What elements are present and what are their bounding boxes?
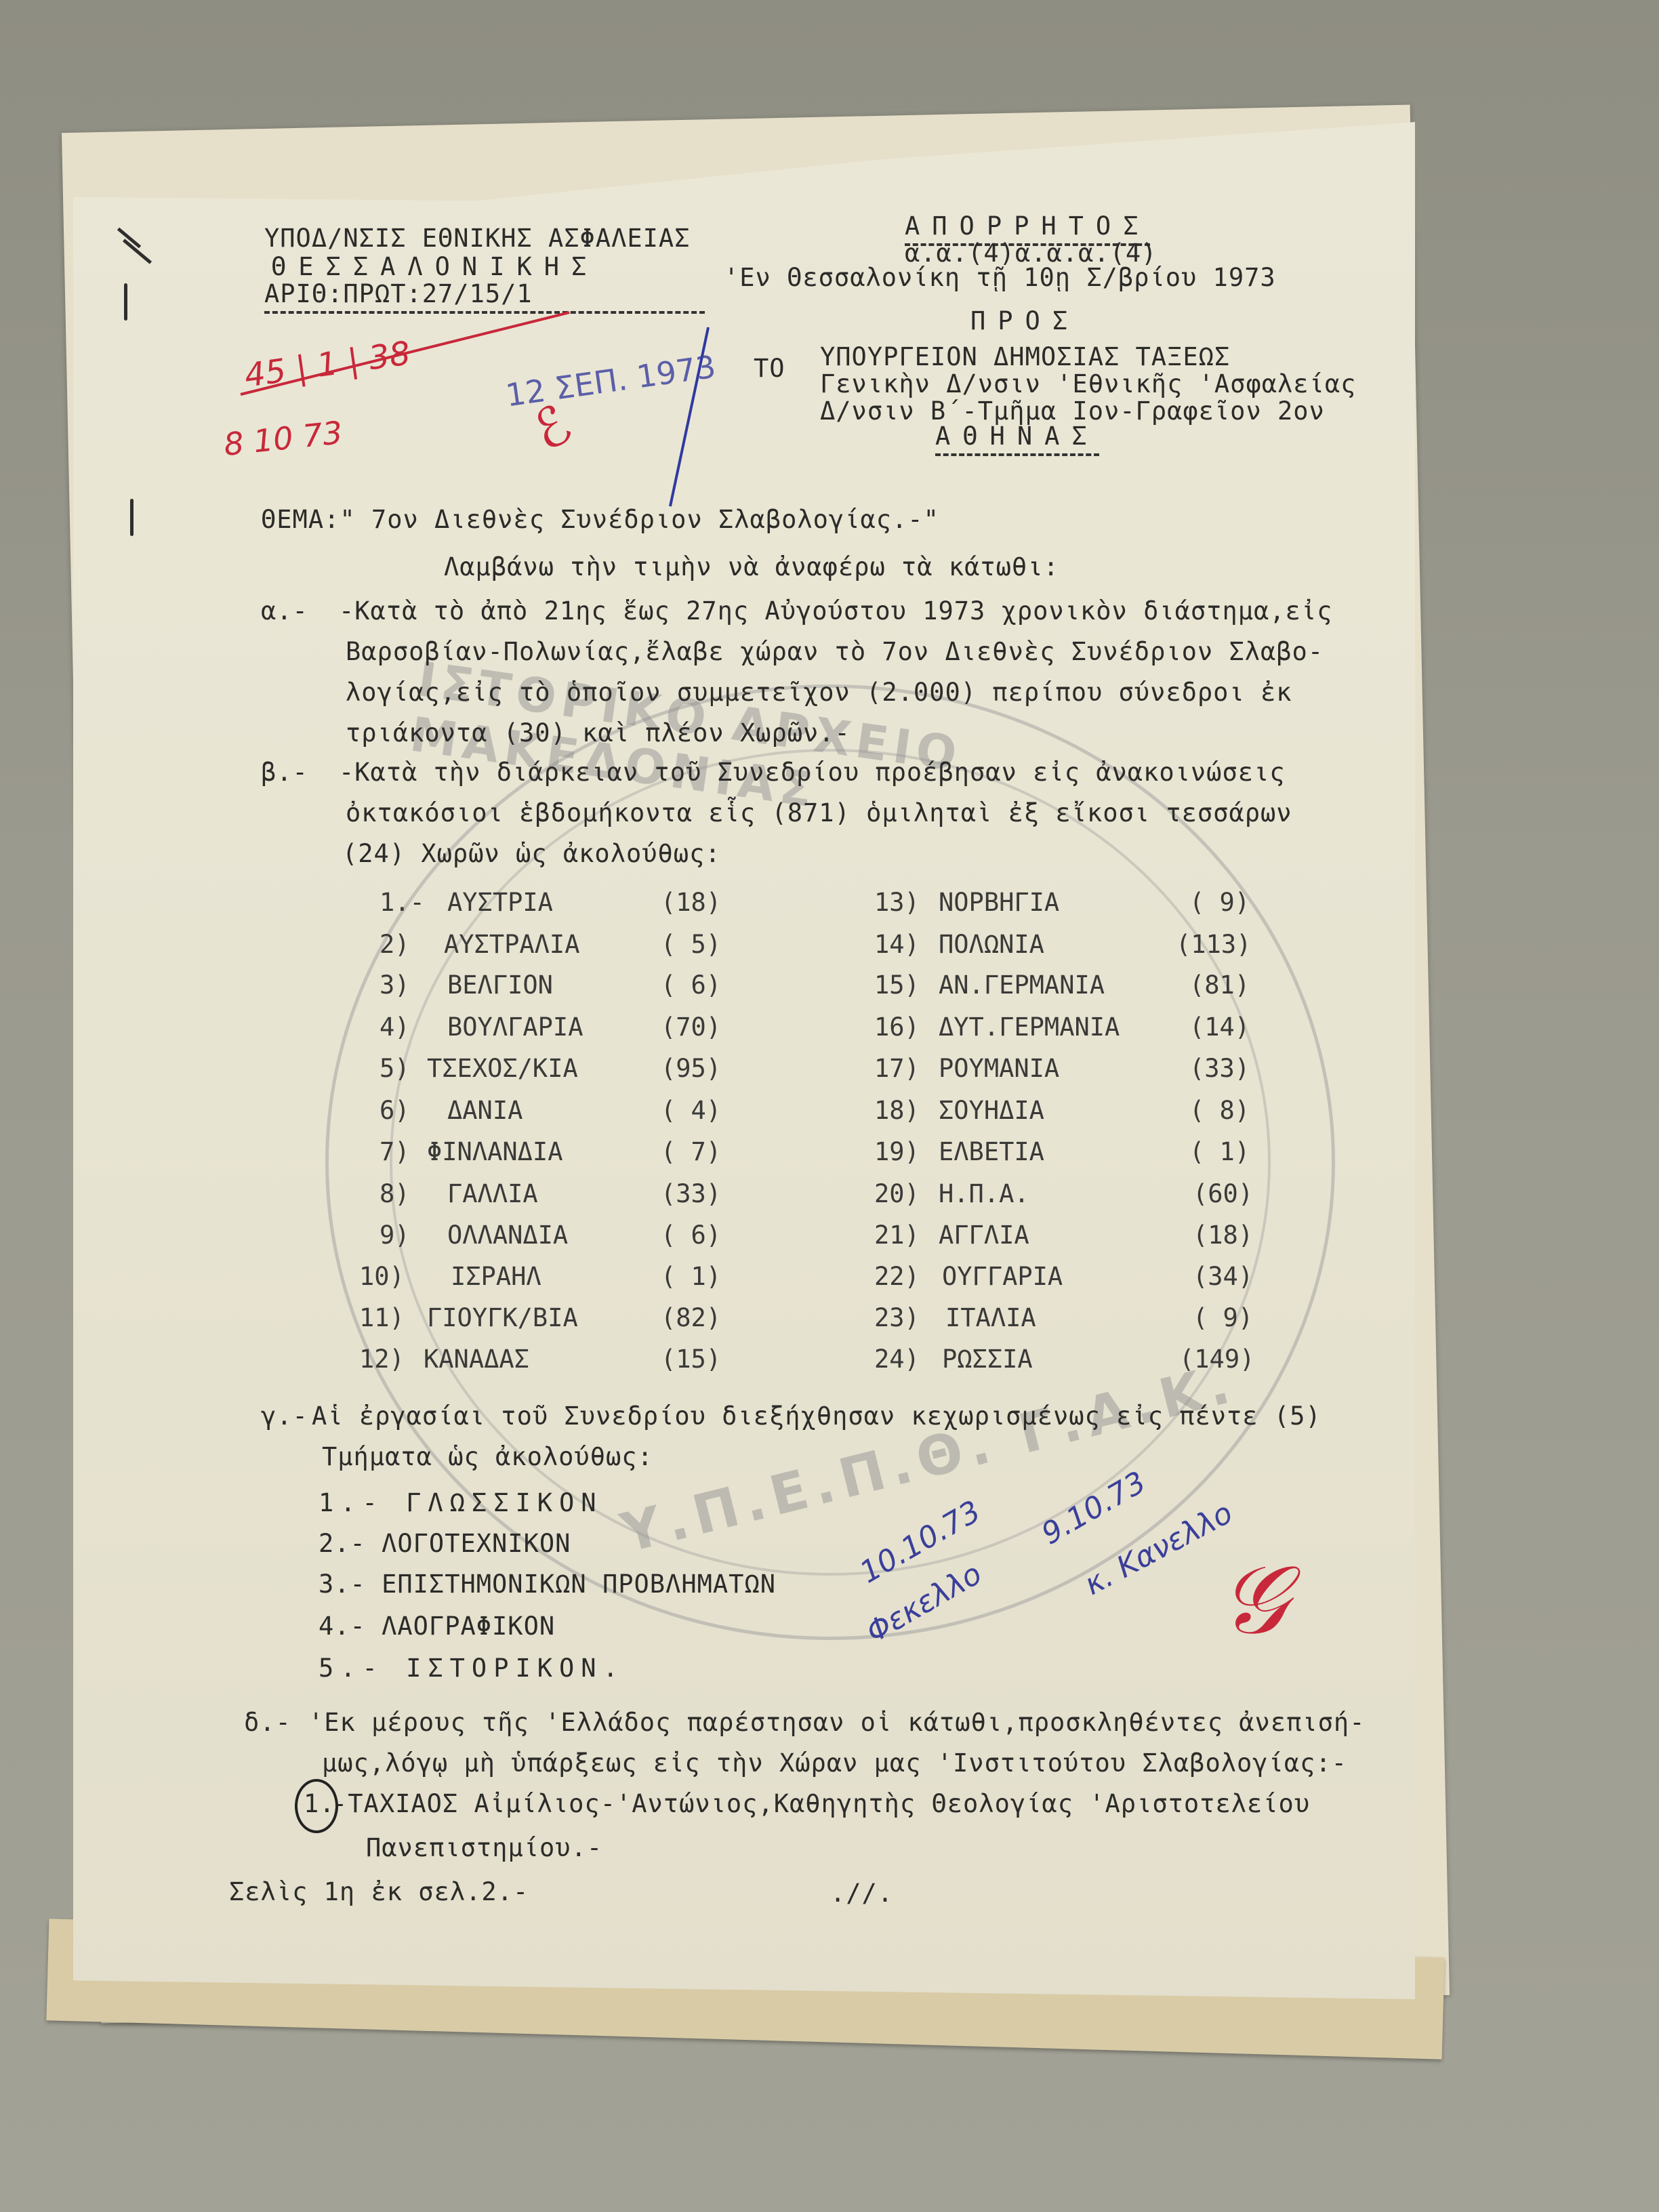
country-name: ΓΙΟΥΓΚ/ΒΙΑ	[427, 1303, 578, 1332]
participant-line: Πανεπιστημίου.-	[366, 1833, 602, 1862]
paragraph-a-line: λογίας,εἰς τὸ ὁποῖον συμμετεῖχον (2.000)…	[346, 678, 1292, 707]
country-name: ΝΟΡΒΗΓΙΑ	[939, 888, 1059, 917]
country-name: Η.Π.Α.	[939, 1179, 1029, 1208]
recipient-city: ΑΘΗΝΑΣ	[935, 422, 1099, 456]
participant-line: -ΤΑΧΙΑΟΣ Αἰμίλιος-'Αντώνιος,Καθηγητὴς Θε…	[332, 1789, 1310, 1818]
country-row: 24)	[874, 1345, 920, 1374]
issuing-authority: ΥΠΟΔ/ΝΣΙΣ ΕΘΝΙΚΗΣ ΑΣΦΑΛΕΙΑΣ	[264, 224, 690, 253]
participant-number: 1.	[304, 1789, 335, 1818]
paragraph-c-marker: γ.-	[261, 1401, 308, 1431]
country-row: 19)	[874, 1137, 920, 1166]
country-name: ΑΝ.ΓΕΡΜΑΝΙΑ	[939, 970, 1105, 1000]
country-row: 4)	[380, 1012, 410, 1042]
country-name: ΔΑΝΙΑ	[447, 1096, 523, 1125]
country-name: ΑΓΓΛΙΑ	[939, 1221, 1029, 1250]
country-count: (113)	[1176, 930, 1251, 959]
country-row: 9)	[380, 1221, 410, 1250]
country-row: 20)	[874, 1179, 920, 1208]
country-name: ΦΙΝΛΑΝΔΙΑ	[427, 1137, 562, 1166]
country-row: 10)	[359, 1262, 405, 1291]
country-count: (18)	[661, 888, 721, 917]
country-row: 7)	[380, 1137, 410, 1166]
country-row: 3)	[380, 970, 410, 1000]
country-row: 1.-	[380, 888, 425, 917]
country-name: ΑΥΣΤΡΑΛΙΑ	[444, 930, 579, 959]
country-count: ( 1)	[1189, 1137, 1250, 1166]
country-row: 13)	[874, 888, 920, 917]
paragraph-b-marker: β.-	[261, 758, 308, 787]
country-row: 15)	[874, 970, 920, 1000]
page-end-mark: .//.	[830, 1879, 893, 1908]
section-item: 1.- ΓΛΩΣΣΙΚΟΝ	[319, 1488, 603, 1517]
to-label: ΤΟ	[754, 354, 785, 383]
country-name: ΑΥΣΤΡΙΑ	[447, 888, 553, 917]
pros-label: ΠΡΟΣ	[970, 306, 1080, 335]
country-name: ΙΤΑΛΙΑ	[945, 1303, 1036, 1332]
recipient-directorate: Γενικὴν Δ/νσιν 'Εθνικῆς 'Ασφαλείας	[820, 369, 1356, 398]
country-row: 12)	[359, 1345, 405, 1374]
country-name: ΔΥΤ.ΓΕΡΜΑΝΙΑ	[939, 1012, 1120, 1042]
staple-mark	[130, 499, 134, 536]
country-count: (14)	[1189, 1012, 1250, 1042]
country-count: ( 9)	[1189, 888, 1250, 917]
country-name: ΒΕΛΓΙΟΝ	[447, 970, 553, 1000]
country-count: (33)	[1189, 1054, 1250, 1083]
country-count: (95)	[661, 1054, 721, 1083]
country-count: (18)	[1193, 1221, 1253, 1250]
country-row: 21)	[874, 1221, 920, 1250]
paragraph-a-line: -Κατὰ τὸ ἀπὸ 21ης ἕως 27ης Αὐγούστου 197…	[339, 596, 1332, 626]
country-row: 18)	[874, 1096, 920, 1125]
protocol-number: ΑΡΙΘ:ΠΡΩΤ:27/15/1	[264, 279, 705, 314]
paragraph-a-line: τριάκοντα (30) καὶ πλέον Χωρῶν.-	[346, 718, 851, 747]
country-row: 8)	[380, 1179, 410, 1208]
country-row: 16)	[874, 1012, 920, 1042]
subject-line: ΘΕΜΑ:" 7ον Διεθνὲς Συνέδριον Σλαβολογίας…	[261, 505, 939, 534]
country-name: ΣΟΥΗΔΙΑ	[939, 1096, 1044, 1125]
paragraph-b-line: -Κατὰ τὴν διάρκειαν τοῦ Συνεδρίου προέβη…	[339, 758, 1286, 787]
paragraph-c-line: Τμήματα ὡς ἀκολούθως:	[322, 1442, 653, 1471]
country-count: ( 1)	[661, 1262, 721, 1291]
country-name: ΒΟΥΛΓΑΡΙΑ	[447, 1012, 583, 1042]
country-name: ΙΣΡΑΗΛ	[451, 1262, 541, 1291]
paragraph-c-line: Αἱ ἐργασίαι τοῦ Συνεδρίου διεξήχθησαν κε…	[312, 1401, 1322, 1431]
country-name: ΠΟΛΩΝΙΑ	[939, 930, 1044, 959]
country-count: ( 4)	[661, 1096, 721, 1125]
country-name: ΓΑΛΛΙΑ	[447, 1179, 538, 1208]
country-count: (15)	[661, 1345, 721, 1374]
section-item: 2.- ΛΟΓΟΤΕΧΝΙΚΟΝ	[319, 1529, 571, 1558]
country-name: ΟΛΛΑΝΔΙΑ	[447, 1221, 568, 1250]
paragraph-b-line: ὀκτακόσιοι ἑβδομήκοντα εἷς (871) ὁμιλητα…	[346, 798, 1292, 827]
country-name: ΟΥΓΓΑΡΙΑ	[942, 1262, 1063, 1291]
country-row: 2)	[380, 930, 410, 959]
recipient-ministry: ΥΠΟΥΡΓΕΙΟΝ ΔΗΜΟΣΙΑΣ ΤΑΞΕΩΣ	[820, 342, 1230, 371]
country-name: ΕΛΒΕΤΙΑ	[939, 1137, 1044, 1166]
country-row: 17)	[874, 1054, 920, 1083]
paragraph-b-line: (24) Χωρῶν ὡς ἀκολούθως:	[342, 839, 721, 868]
country-count: ( 7)	[661, 1137, 721, 1166]
country-count: (60)	[1193, 1179, 1253, 1208]
country-row: 5)	[380, 1054, 410, 1083]
staple-mark	[124, 283, 127, 321]
section-item: 5.- ΙΣΤΟΡΙΚΟΝ.	[319, 1654, 625, 1683]
country-name: ΚΑΝΑΔΑΣ	[424, 1345, 529, 1374]
country-count: ( 8)	[1189, 1096, 1250, 1125]
country-count: ( 6)	[661, 970, 721, 1000]
paragraph-d-line: μως,λόγῳ μὴ ὑπάρξεως εἰς τὴν Χώραν μας '…	[322, 1748, 1347, 1778]
paragraph-d-line: 'Εκ μέρους τῆς 'Ελλάδος παρέστησαν οἱ κά…	[308, 1708, 1365, 1737]
page-continuation: Σελὶς 1η ἐκ σελ.2.-	[229, 1877, 529, 1906]
paragraph-d-marker: δ.-	[244, 1708, 291, 1737]
paragraph-a-marker: α.-	[261, 596, 308, 626]
country-count: (33)	[661, 1179, 721, 1208]
date-line: 'Εν Θεσσαλονίκη τῇ 10ῃ Σ/βρίου 1973	[724, 263, 1276, 292]
country-count: (81)	[1189, 970, 1250, 1000]
country-name: ΡΟΥΜΑΝΙΑ	[939, 1054, 1059, 1083]
country-row: 11)	[359, 1303, 405, 1332]
country-count: ( 6)	[661, 1221, 721, 1250]
intro-line: Λαμβάνω τὴν τιμὴν νὰ ἀναφέρω τὰ κάτωθι:	[444, 552, 1059, 581]
paragraph-a-line: Βαρσοβίαν-Πολωνίας,ἔλαβε χώραν τὸ 7ον Δι…	[346, 637, 1324, 666]
issuing-city: ΘΕΣΣΑΛΟΝΙΚΗΣ	[271, 252, 598, 281]
country-count: (34)	[1193, 1262, 1253, 1291]
section-item: 4.- ΛΑΟΓΡΑΦΙΚΟΝ	[319, 1612, 555, 1641]
country-row: 23)	[874, 1303, 920, 1332]
country-name: ΤΣΕΧΟΣ/ΚΙΑ	[427, 1054, 578, 1083]
country-count: (149)	[1179, 1345, 1254, 1374]
country-row: 6)	[380, 1096, 410, 1125]
country-count: (82)	[661, 1303, 721, 1332]
country-row: 14)	[874, 930, 920, 959]
country-name: ΡΩΣΣΙΑ	[942, 1345, 1033, 1374]
country-count: (70)	[661, 1012, 721, 1042]
country-row: 22)	[874, 1262, 920, 1291]
country-count: ( 5)	[661, 930, 721, 959]
red-signature: 𝒢	[1220, 1545, 1288, 1656]
section-item: 3.- ΕΠΙΣΤΗΜΟΝΙΚΩΝ ΠΡΟΒΛΗΜΑΤΩΝ	[319, 1570, 776, 1599]
country-count: ( 9)	[1193, 1303, 1253, 1332]
